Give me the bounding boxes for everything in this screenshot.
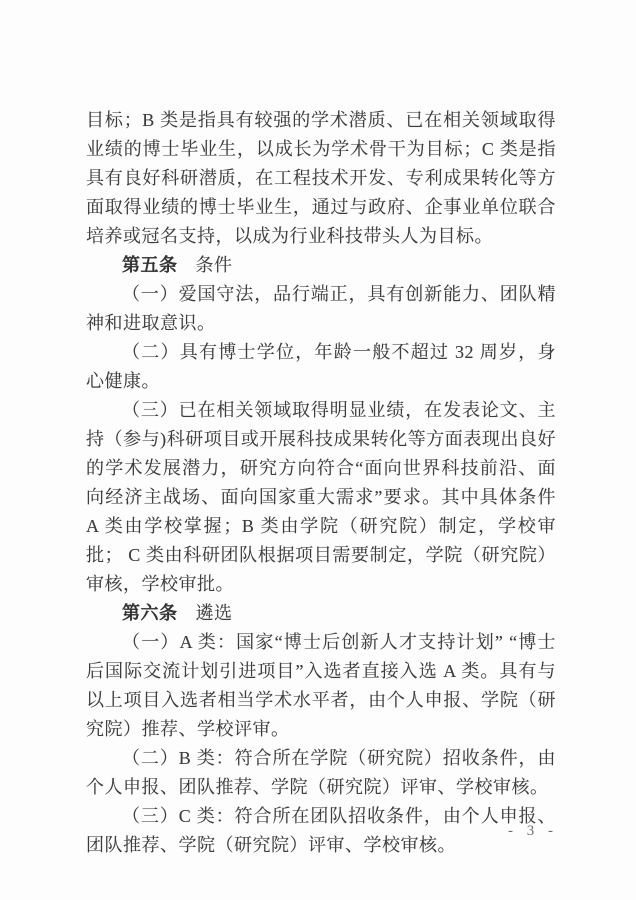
article-heading-5: 第五条条件 xyxy=(86,251,556,280)
list-item-1: （一）爱国守法，品行端正，具有创新能力、团队精神和进取意识。 xyxy=(86,280,556,338)
article-number: 第六条 xyxy=(122,603,178,623)
article-title: 遴选 xyxy=(196,603,233,623)
list-item-b: （二）B 类：符合所在学院（研究院）招收条件，由个人申报、团队推荐、学院（研究院… xyxy=(86,744,556,802)
list-item-2: （二）具有博士学位，年龄一般不超过 32 周岁，身心健康。 xyxy=(86,338,556,396)
list-item-c: （三）C 类：符合所在团队招收条件，由个人申报、团队推荐、学院（研究院）评审、学… xyxy=(86,802,556,860)
article-number: 第五条 xyxy=(122,255,178,275)
document-body: 目标；B 类是指具有较强的学术潜质、已在相关领域取得业绩的博士毕业生，以成长为学… xyxy=(86,106,556,860)
list-item-3: （三）已在相关领域取得明显业绩，在发表论文、主持（参与)科研项目或开展科技成果转… xyxy=(86,396,556,599)
document-page: 目标；B 类是指具有较强的学术潜质、已在相关领域取得业绩的博士毕业生，以成长为学… xyxy=(0,0,636,900)
paragraph-continuation: 目标；B 类是指具有较强的学术潜质、已在相关领域取得业绩的博士毕业生，以成长为学… xyxy=(86,106,556,251)
list-item-a: （一）A 类：国家“博士后创新人才支持计划” “博士后国际交流计划引进项目”入选… xyxy=(86,628,556,744)
article-heading-6: 第六条遴选 xyxy=(86,599,556,628)
article-title: 条件 xyxy=(196,255,233,275)
page-number: - 3 - xyxy=(508,822,558,840)
